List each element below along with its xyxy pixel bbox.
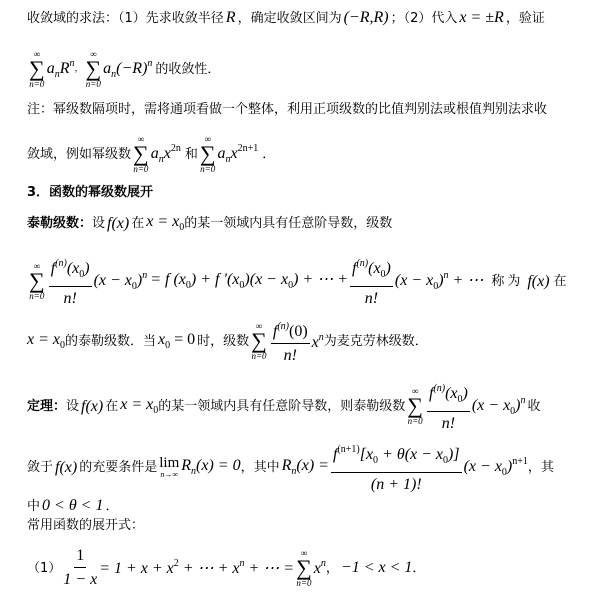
math-Rn: Rn(x) = 0	[181, 458, 240, 477]
sigma-icon: ∑	[251, 331, 267, 351]
math-term: an(−R)n	[103, 59, 152, 80]
summation: ∞ ∑ n=0	[296, 549, 312, 588]
math-x-eq: x = x0	[27, 332, 65, 351]
summation: ∞ ∑ n=0	[29, 262, 45, 301]
summation: ∞ ∑ n=0	[133, 135, 149, 174]
text: 敛域，例如幂级数	[27, 148, 131, 161]
limit: lim n→∞	[159, 456, 179, 479]
text: 在	[131, 217, 144, 230]
math-x-eq: x = ±R	[459, 10, 503, 26]
math-fx: f(x)	[527, 274, 549, 290]
text: 收	[528, 400, 541, 413]
fraction: f(n)(0) n!	[271, 318, 310, 365]
convergence-method-line-2: ∞ ∑ n=0 anRn ， ∞ ∑ n=0 an(−R)n 的收敛性．	[27, 50, 220, 89]
math-fx: f(x)	[107, 216, 129, 232]
item-label: （1）	[27, 562, 61, 575]
heading-text: 3．函数的幂级数展开	[27, 186, 153, 199]
math-interval: (−R,R)	[344, 10, 389, 26]
math-term: anx2n	[151, 144, 181, 165]
math-range: −1 < x < 1	[341, 560, 413, 576]
theorem-line-1: 定理： 设 f(x) 在 x = x0 的某一领域内具有任意阶导数，则泰勒级数 …	[27, 380, 541, 433]
text: 中	[27, 500, 40, 513]
text: 设	[92, 217, 105, 230]
text: 称为	[491, 275, 523, 288]
summation: ∞ ∑ n=0	[251, 322, 267, 361]
sigma-icon: ∑	[407, 396, 423, 416]
math-term: anRn	[47, 59, 75, 80]
text: 设	[66, 400, 79, 413]
math-tail: (x − x0)n + ⋯	[395, 271, 483, 292]
sum-lower: n=0	[29, 79, 44, 89]
sigma-icon: ∑	[85, 59, 101, 79]
maclaurin-line: x = x0 的泰勒级数．当 x0 = 0 时，级数 ∞ ∑ n=0 f(n)(…	[27, 318, 428, 365]
note-line-1: 注：幂级数隔项时，需将通项看做一个整体，利用正项级数的比值判别法或根值判别法求收	[27, 103, 547, 116]
text: 在	[105, 400, 118, 413]
fraction: f(n)(x0) n!	[350, 255, 393, 308]
section-heading: 3．函数的幂级数展开	[27, 186, 153, 199]
text: ．	[105, 500, 118, 513]
text: 的充要条件是	[79, 461, 157, 474]
separator: ，	[74, 65, 83, 74]
text: 常用函数的展开式：	[27, 519, 144, 532]
text: 为麦克劳林级数．	[324, 335, 428, 348]
text: ．	[412, 562, 425, 575]
sigma-icon: ∑	[200, 144, 216, 164]
math-R: R	[226, 10, 236, 26]
text: 的某一领域内具有任意阶导数，级数	[184, 217, 392, 230]
text: 在	[554, 275, 567, 288]
summation: ∞ ∑ n=0	[200, 135, 216, 174]
text: 时，级数	[197, 335, 249, 348]
theorem-line-2: 敛于 f(x) 的充要条件是 lim n→∞ Rn(x) = 0 ，其中 Rn(…	[27, 441, 554, 494]
text: ，确定收敛区间为	[238, 12, 342, 25]
convergence-method-line-1: 收敛域的求法：（1）先求收敛半径 R ，确定收敛区间为 (−R,R) ；（2）代…	[27, 10, 545, 26]
summation: ∞ ∑ n=0	[85, 50, 101, 89]
math-fx: f(x)	[55, 460, 77, 476]
math-x-eq: x = x0	[146, 214, 184, 233]
math-xn: xn	[314, 559, 326, 577]
theorem-line-3: 中 0 < θ < 1 ．	[27, 498, 118, 514]
sigma-icon: ∑	[133, 144, 149, 164]
fraction: f(n+1)[x0 + θ(x − x0)] (n + 1)!	[331, 441, 462, 494]
text: 注：幂级数隔项时，需将通项看做一个整体，利用正项级数的比值判别法或根值判别法求收	[27, 103, 547, 116]
taylor-label: 泰勒级数：	[27, 217, 92, 230]
text: 的收敛性．	[155, 63, 220, 76]
sum-lower: n=0	[86, 79, 101, 89]
math-tail: (x − x0)n+1	[464, 457, 528, 478]
sigma-icon: ∑	[29, 271, 45, 291]
text: 和	[185, 148, 198, 161]
math-tail: (x − x0)n	[94, 271, 148, 292]
summation: ∞ ∑ n=0	[407, 387, 423, 426]
text: ，	[326, 562, 339, 575]
math-term: anx2n+1	[218, 144, 259, 165]
taylor-formula-line: ∞ ∑ n=0 f(n)(x0) n! (x − x0)n = f (x0) +…	[27, 255, 567, 308]
text: 的泰勒级数．当	[65, 335, 156, 348]
fraction: f(n)(x0) n!	[427, 380, 470, 433]
text: ，其中	[241, 461, 280, 474]
text: 的某一领域内具有任意阶导数，则泰勒级数	[158, 400, 405, 413]
fraction: f(n)(x0) n!	[49, 255, 92, 308]
common-expansions-heading: 常用函数的展开式：	[27, 519, 144, 532]
text: ，其	[528, 461, 554, 474]
text: ．	[262, 148, 275, 161]
math-tail: (x − x0)n	[472, 396, 526, 417]
text: ；（2）代入	[391, 12, 458, 25]
fraction: 1 1 − x	[63, 547, 97, 589]
expansion-1: （1） 1 1 − x = 1 + x + x2 + ⋯ + xn + ⋯ = …	[27, 547, 425, 589]
text: 敛于	[27, 461, 53, 474]
theorem-label: 定理：	[27, 400, 66, 413]
sigma-icon: ∑	[29, 59, 45, 79]
math-rhs: = 1 + x + x2 + ⋯ + xn + ⋯ =	[99, 559, 294, 577]
sigma-icon: ∑	[296, 558, 312, 578]
text: 收敛域的求法：（1）先求收敛半径	[27, 12, 224, 25]
math-Rn: Rn(x) =	[282, 458, 329, 477]
math-rhs: = f (x0) + f ′(x0)(x − x0) + ⋯ +	[150, 272, 348, 291]
math-x-eq: x = x0	[120, 397, 158, 416]
note-line-2: 敛域，例如幂级数 ∞ ∑ n=0 anx2n 和 ∞ ∑ n=0 anx2n+1…	[27, 135, 275, 174]
summation: ∞ ∑ n=0	[29, 50, 45, 89]
math-xn: xn	[312, 333, 324, 351]
text: ，验证	[506, 12, 545, 25]
taylor-intro-line: 泰勒级数： 设 f(x) 在 x = x0 的某一领域内具有任意阶导数，级数	[27, 214, 392, 233]
math-condition: 0 < θ < 1	[42, 498, 103, 514]
math-fx: f(x)	[81, 399, 103, 415]
math-x0-eq: x0 = 0	[158, 332, 195, 351]
